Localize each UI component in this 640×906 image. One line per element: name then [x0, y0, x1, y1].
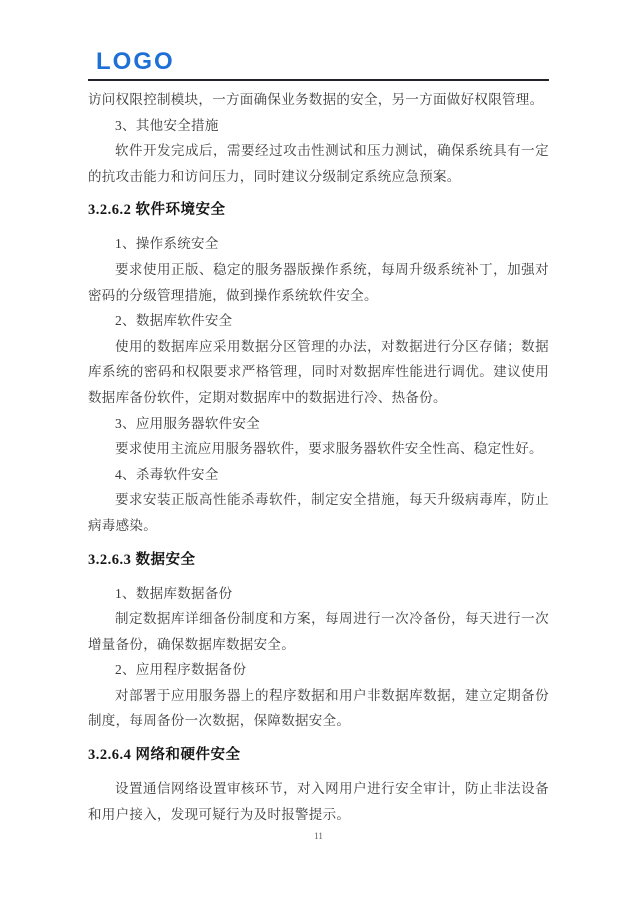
paragraph: 软件开发完成后，需要经过攻击性测试和压力测试，确保系统具有一定的抗攻击能力和访问…: [88, 138, 549, 189]
paragraph: 要求使用主流应用服务器软件，要求服务器软件安全性高、稳定性好。: [88, 436, 549, 462]
list-item-heading: 3、其他安全措施: [88, 113, 549, 139]
list-item-heading: 1、数据库数据备份: [88, 581, 549, 607]
section-heading: 3.2.6.2 软件环境安全: [88, 199, 549, 221]
list-item-heading: 2、应用程序数据备份: [88, 657, 549, 683]
paragraph: 使用的数据库应采用数据分区管理的办法，对数据进行分区存储；数据库系统的密码和权限…: [88, 334, 549, 411]
document-page: LOGO 访问权限控制模块，一方面确保业务数据的安全，另一方面做好权限管理。 3…: [0, 0, 640, 906]
paragraph: 制定数据库详细备份制度和方案，每周进行一次冷备份，每天进行一次增量备份，确保数据…: [88, 606, 549, 657]
document-body: 访问权限控制模块，一方面确保业务数据的安全，另一方面做好权限管理。 3、其他安全…: [88, 87, 549, 827]
page-number: 11: [88, 830, 549, 842]
company-logo: LOGO: [96, 50, 175, 74]
section-heading: 3.2.6.3 数据安全: [88, 549, 549, 571]
paragraph: 设置通信网络设置审核环节，对入网用户进行安全审计，防止非法设备和用户接入，发现可…: [88, 776, 549, 827]
list-item-heading: 1、操作系统安全: [88, 231, 549, 257]
paragraph: 要求使用正版、稳定的服务器版操作系统，每周升级系统补丁，加强对密码的分级管理措施…: [88, 257, 549, 308]
list-item-heading: 2、数据库软件安全: [88, 308, 549, 334]
list-item-heading: 4、杀毒软件安全: [88, 462, 549, 488]
paragraph: 访问权限控制模块，一方面确保业务数据的安全，另一方面做好权限管理。: [88, 87, 549, 113]
list-item-heading: 3、应用服务器软件安全: [88, 411, 549, 437]
paragraph: 要求安装正版高性能杀毒软件，制定安全措施，每天升级病毒库，防止病毒感染。: [88, 487, 549, 538]
paragraph: 对部署于应用服务器上的程序数据和用户非数据库数据，建立定期备份制度，每周备份一次…: [88, 683, 549, 734]
document-header: LOGO: [88, 50, 549, 81]
section-heading: 3.2.6.4 网络和硬件安全: [88, 744, 549, 766]
